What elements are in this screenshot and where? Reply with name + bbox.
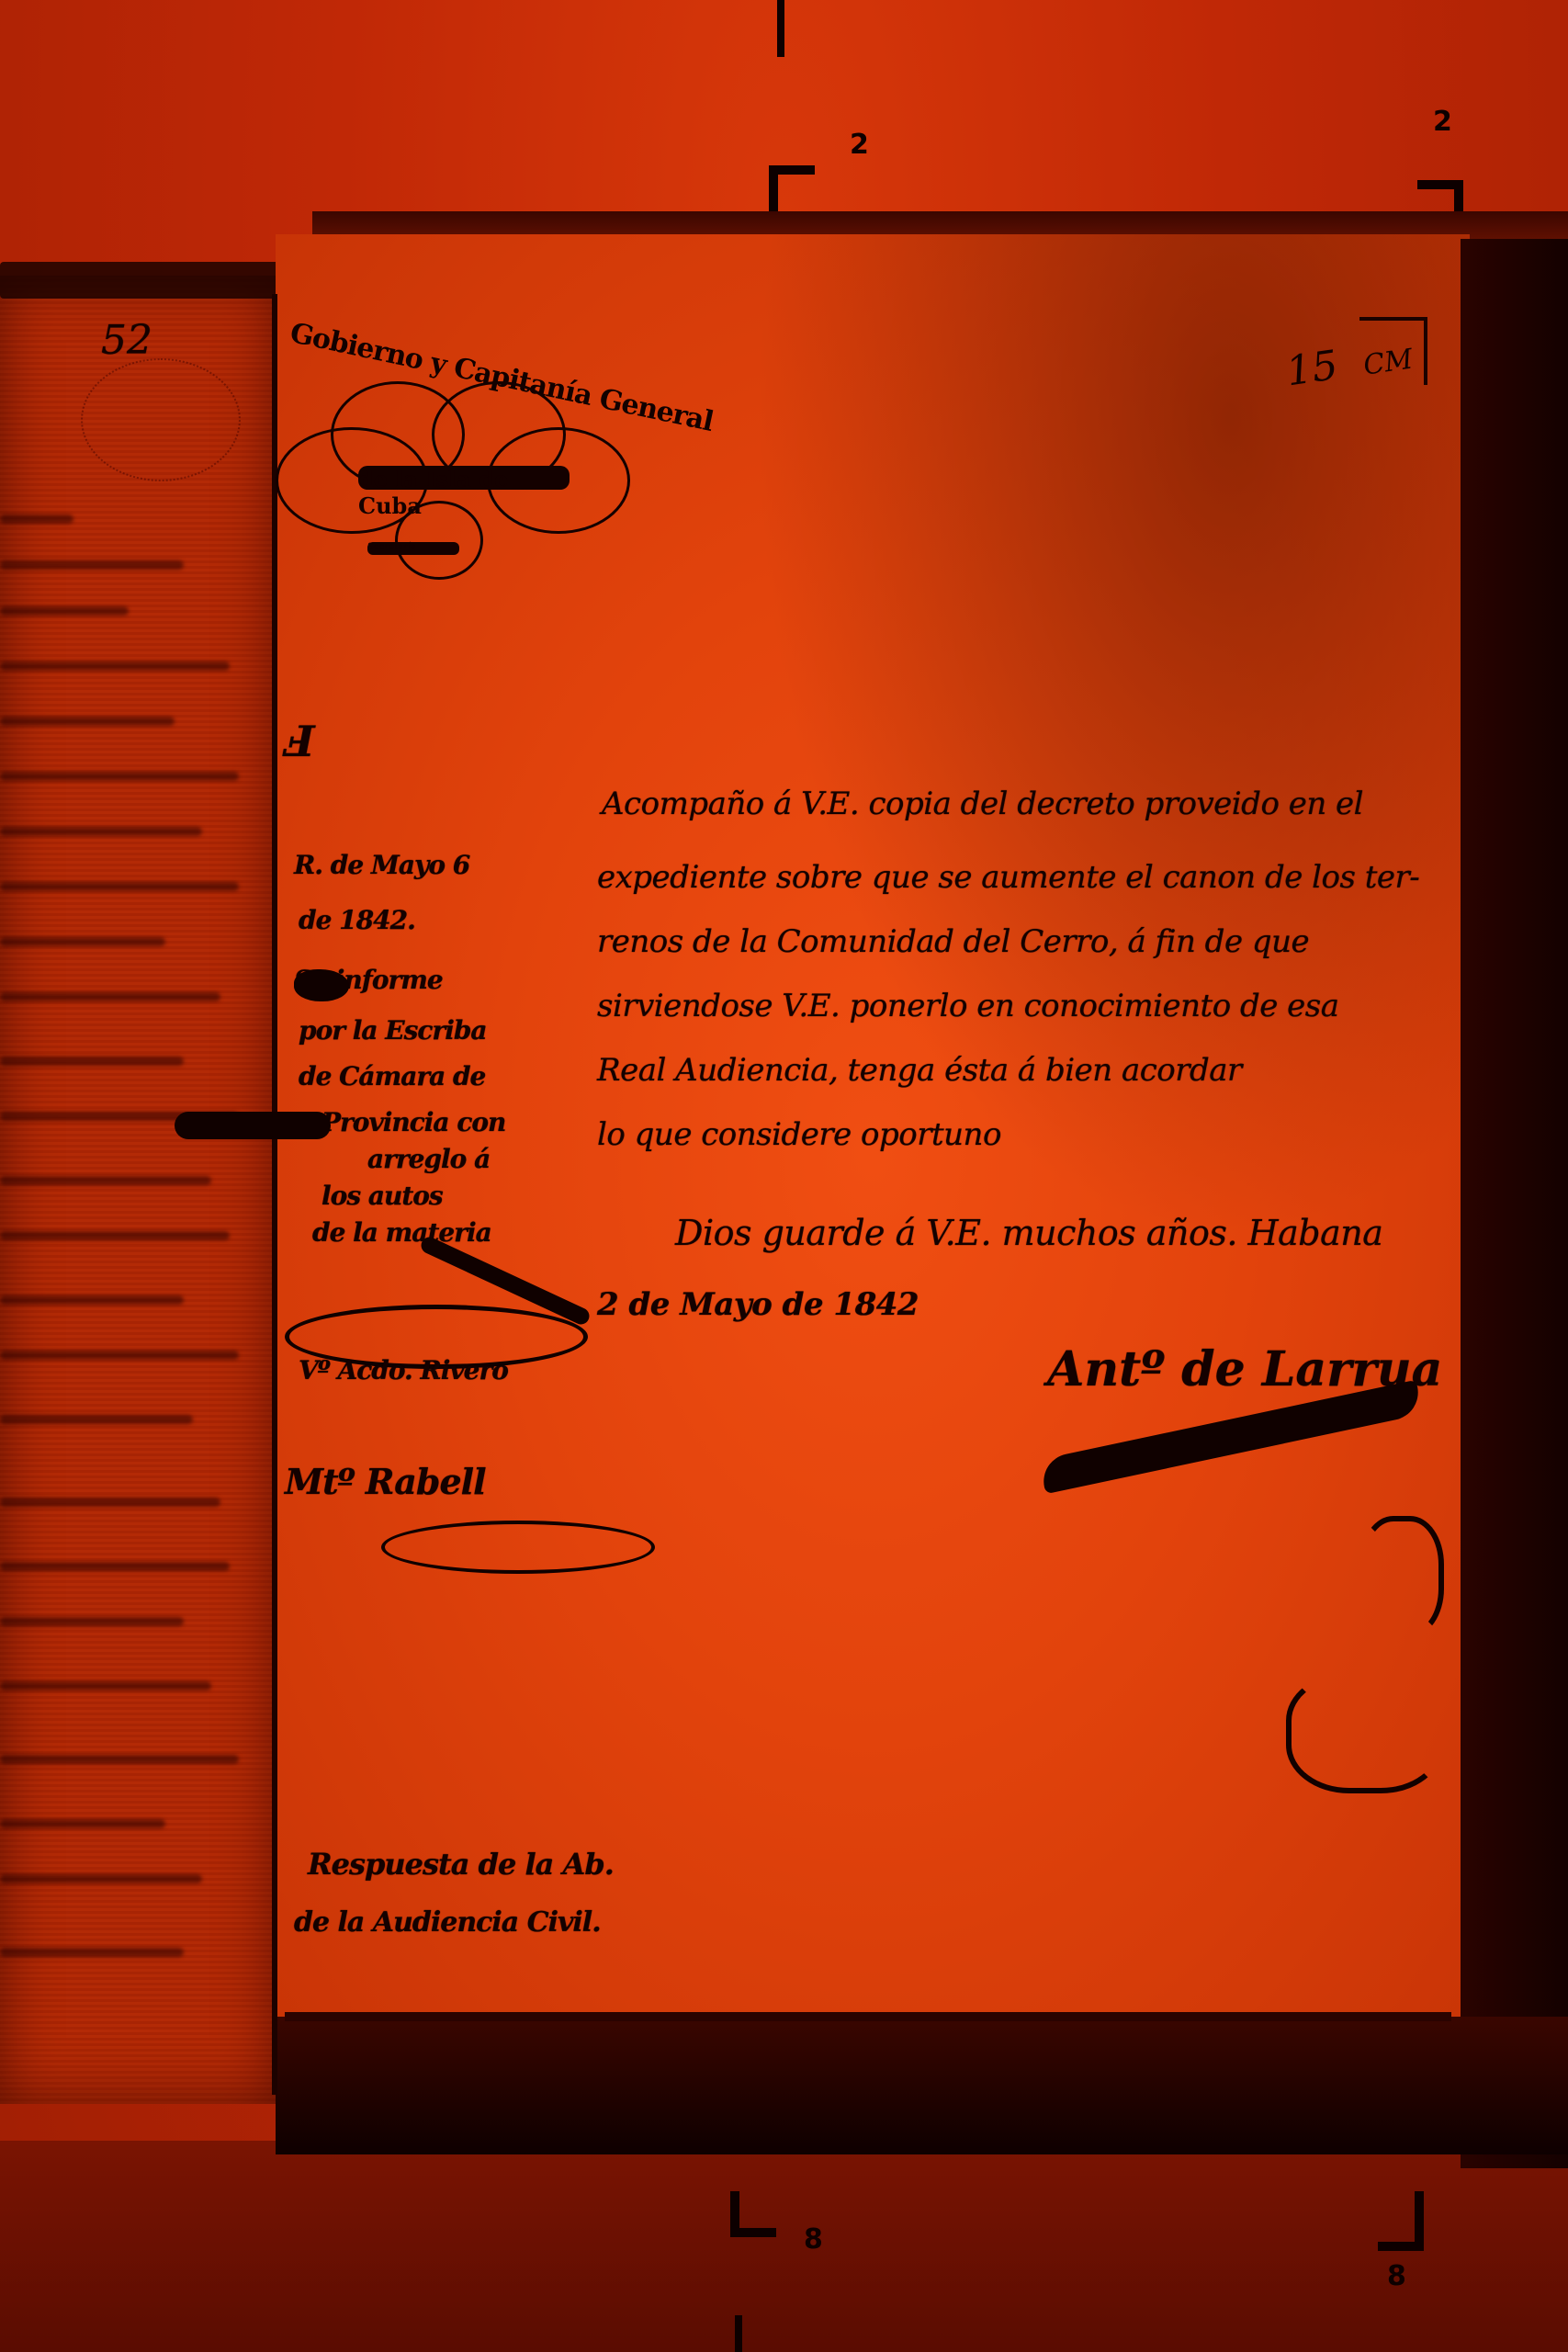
bleed-through-line [0, 514, 73, 524]
crop-mark-bottom-right [1378, 2191, 1424, 2251]
top-guide-line [777, 0, 784, 57]
bleed-through-line [0, 992, 220, 1001]
margin-bottom-note-line: Respuesta de la Ab. [308, 1847, 614, 1882]
margin-note: Vº Acdo. Rivero [299, 1355, 508, 1385]
edge-ink-mark [1359, 1516, 1444, 1637]
margin-line: de 1842. [299, 905, 415, 935]
closing-line: Dios guarde á V.E. muchos años. Habana [675, 1213, 1382, 1253]
bleed-through-line [0, 1617, 184, 1626]
bleed-through-line [0, 1948, 184, 1957]
left-folio-page [0, 276, 276, 2104]
margin-signature-flourish [381, 1521, 655, 1574]
bleed-through-line [0, 1562, 230, 1571]
bleed-through-line [0, 1819, 165, 1828]
bleed-through-line [0, 1351, 239, 1360]
margin-signature: Mtº Rabell [285, 1461, 486, 1502]
body-text-line: sirviendose V.E. ponerlo en conocimiento… [597, 988, 1339, 1024]
folio-number-value: 15 [1283, 342, 1341, 395]
letterhead-subtitle: de la Isla de Cuba [358, 466, 570, 490]
bleed-through-line [0, 1874, 202, 1883]
crop-label-top-left: 2 [850, 129, 869, 161]
bleed-through-line [0, 1176, 211, 1185]
bleed-through-line [0, 606, 129, 616]
embossed-seal-icon [81, 358, 241, 481]
bleed-through-line [0, 1415, 193, 1424]
left-folio-top-edge [0, 262, 294, 299]
ink-blot [294, 969, 349, 1001]
crop-mark-bottom-left [730, 2191, 776, 2237]
bleed-through-line [0, 827, 202, 836]
page-bottom-edge [285, 2012, 1451, 2021]
margin-line: Provincia con [321, 1107, 505, 1137]
body-text-line: expediente sobre que se aumente el canon… [597, 859, 1419, 896]
margin-line: R. de Mayo 6 [294, 850, 469, 880]
bleed-through-line [0, 882, 239, 891]
bottom-guide-line [735, 2315, 742, 2352]
page-right-shadow [1461, 239, 1568, 2168]
margin-bottom-note-line: de la Audiencia Civil. [294, 1906, 601, 1939]
margin-line: de la materia [312, 1217, 491, 1248]
ink-blot [175, 1112, 331, 1139]
page-bottom-shadow [276, 2017, 1568, 2154]
bleed-through-line [0, 772, 239, 781]
margin-line: los autos [321, 1181, 443, 1211]
bleed-through-line [0, 661, 230, 671]
bleed-through-line [0, 717, 175, 726]
margin-line: de Cámara de [299, 1061, 485, 1091]
letterhead-seal-text: Secretaría [367, 542, 459, 555]
bleed-through-line [0, 1755, 239, 1764]
closing-date-line: 2 de Mayo de 1842 [597, 1286, 919, 1323]
crop-label-bottom-right: 8 [1387, 2260, 1406, 2292]
bleed-through-line [0, 1681, 211, 1690]
bleed-through-line [0, 1231, 230, 1240]
body-text-line: renos de la Comunidad del Cerro, á fin d… [597, 923, 1309, 960]
margin-line: arreglo á [367, 1144, 490, 1174]
bleed-through-line [0, 1498, 220, 1507]
photo-background-bottom [0, 2141, 1568, 2352]
bleed-through-line [0, 560, 184, 570]
crop-label-top-right: 2 [1433, 106, 1452, 138]
bleed-through-line [0, 1057, 184, 1066]
body-text-line: Real Audiencia, tenga ésta á bien acorda… [597, 1052, 1242, 1089]
margin-mark: Ⅎ [285, 717, 314, 766]
body-text-line: lo que considere oportuno [597, 1116, 1001, 1153]
margin-line: por la Escriba [299, 1015, 487, 1046]
bleed-through-line [0, 1295, 184, 1305]
left-folio-corner-mark: 52 [101, 317, 202, 354]
bleed-through-line [0, 937, 165, 946]
body-text-line: Acompaño á V.E. copia del decreto provei… [602, 786, 1363, 822]
crop-label-bottom-left: 8 [804, 2223, 823, 2256]
printed-letterhead: Gobierno y Capitanía General de la Isla … [294, 317, 625, 583]
folio-mark: CM [1361, 344, 1415, 382]
binding-fold-line [272, 294, 277, 2095]
edge-ink-mark [1286, 1672, 1444, 1793]
